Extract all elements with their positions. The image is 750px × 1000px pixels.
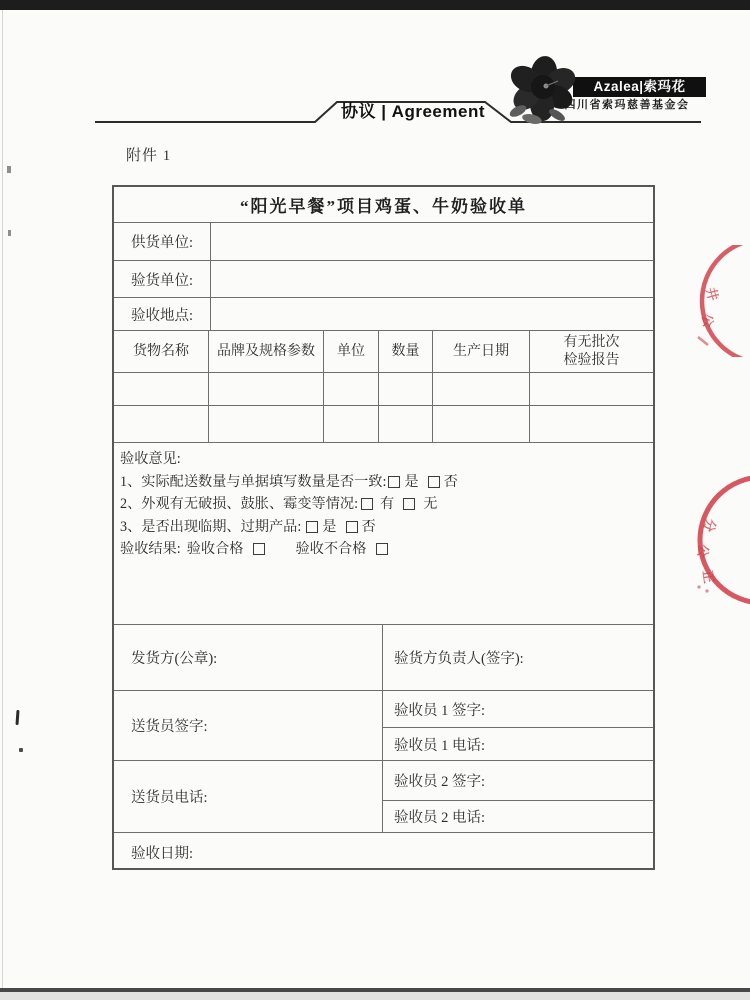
checkbox-q3-no bbox=[346, 521, 358, 533]
agreement-banner-title: 协议 | Agreement bbox=[333, 101, 493, 123]
q1-text: 1、实际配送数量与单据填写数量是否一致: bbox=[120, 474, 386, 490]
supplier-value-field bbox=[210, 223, 653, 260]
checkbox-q3-yes bbox=[306, 521, 318, 533]
goods-header-row: 货物名称 品牌及规格参数 单位 数量 生产日期 有无批次 检验报告 bbox=[114, 330, 653, 372]
form-title: “阳光早餐”项目鸡蛋、牛奶验收单 bbox=[240, 192, 527, 217]
pen-mark bbox=[15, 710, 19, 725]
scan-speck bbox=[7, 166, 11, 173]
inspecting-unit-value-field bbox=[210, 261, 653, 297]
goods-cell bbox=[208, 373, 323, 405]
seal-dot bbox=[705, 589, 708, 592]
acceptor2-cells: 验收员 2 签字: 验收员 2 电话: bbox=[382, 761, 653, 832]
checkbox-q1-no bbox=[428, 476, 440, 488]
logo-brand-banner: Azalea|索玛花 bbox=[573, 77, 706, 97]
acceptor1-cells: 验收员 1 签字: 验收员 1 电话: bbox=[382, 691, 653, 760]
signature-row-shipper: 发货方(公章): 验货方负责人(签字): bbox=[114, 624, 653, 690]
goods-cell bbox=[432, 373, 529, 405]
acceptance-date-row: 验收日期: bbox=[114, 832, 653, 872]
acceptor2-phone-label: 验收员 2 电话: bbox=[383, 800, 653, 832]
scan-speck bbox=[8, 230, 11, 236]
goods-empty-row-2 bbox=[114, 405, 653, 442]
checkbox-q2-yes bbox=[361, 498, 373, 510]
info-row-acceptance-place: 验收地点: bbox=[114, 297, 653, 330]
goods-cell bbox=[378, 373, 432, 405]
q2-no-label: 无 bbox=[423, 496, 437, 512]
result-fail-label: 验收不合格 bbox=[295, 541, 366, 557]
checkbox-q1-yes bbox=[388, 476, 400, 488]
opinion-question-2: 2、外观有无破损、鼓胀、霉变等情况:有无 bbox=[120, 493, 647, 516]
result-pass-label: 验收合格 bbox=[187, 541, 244, 557]
inspecting-unit-label: 验货单位: bbox=[114, 261, 210, 297]
q3-text: 3、是否出现临期、过期产品: bbox=[120, 519, 301, 535]
attachment-label: 附件 1 bbox=[126, 144, 171, 165]
courier-phone-label: 送货员电话: bbox=[114, 761, 382, 832]
azalea-flower-icon bbox=[502, 53, 586, 127]
seal-dot bbox=[697, 585, 700, 588]
goods-cell bbox=[208, 406, 323, 442]
seal-character: 公 bbox=[699, 313, 716, 329]
pen-mark-dot bbox=[19, 748, 23, 752]
acceptance-opinion-cell: 验收意见: 1、实际配送数量与单据填写数量是否一致:是否 2、外观有无破损、鼓胀… bbox=[114, 443, 653, 624]
acceptance-place-value-field bbox=[210, 298, 653, 330]
acceptor1-phone-label: 验收员 1 电话: bbox=[383, 727, 653, 760]
goods-cell bbox=[114, 373, 208, 405]
goods-cell bbox=[529, 406, 653, 442]
opinion-question-1: 1、实际配送数量与单据填写数量是否一致:是否 bbox=[120, 471, 647, 494]
q3-no-label: 否 bbox=[362, 519, 376, 535]
inspector-lead-sign-label: 验货方负责人(签字): bbox=[382, 625, 653, 690]
goods-cell bbox=[114, 406, 208, 442]
result-label: 验收结果: bbox=[120, 541, 181, 557]
scanned-page: 协议 | Agreement Azalea|索玛花 四川省索玛慈善基金会 附件 … bbox=[0, 0, 750, 1000]
seal-character: 正 bbox=[700, 569, 717, 584]
supplier-label: 供货单位: bbox=[114, 223, 210, 260]
acceptance-date-label: 验收日期: bbox=[114, 833, 653, 872]
goods-header-quantity: 数量 bbox=[378, 331, 432, 372]
info-row-inspecting-unit: 验货单位: bbox=[114, 260, 653, 297]
seal-arc bbox=[700, 477, 750, 603]
seal-character: 公 bbox=[695, 544, 711, 559]
goods-header-unit: 单位 bbox=[323, 331, 378, 372]
goods-cell bbox=[378, 406, 432, 442]
red-seal-partial-1: 井 公 bbox=[692, 245, 750, 357]
shipper-seal-label: 发货方(公章): bbox=[114, 625, 382, 690]
courier-sign-label: 送货员签字: bbox=[114, 691, 382, 760]
goods-header-batch-report: 有无批次 检验报告 bbox=[529, 331, 653, 372]
goods-header-name: 货物名称 bbox=[114, 331, 208, 372]
goods-cell bbox=[323, 373, 378, 405]
acceptor1-sign-label: 验收员 1 签字: bbox=[383, 691, 653, 727]
scan-bottom-margin bbox=[0, 992, 750, 1000]
q2-yes-label: 有 bbox=[380, 496, 394, 512]
checkbox-result-pass bbox=[253, 543, 265, 555]
form-title-row: “阳光早餐”项目鸡蛋、牛奶验收单 bbox=[114, 187, 653, 222]
acceptance-opinion-row: 验收意见: 1、实际配送数量与单据填写数量是否一致:是否 2、外观有无破损、鼓胀… bbox=[114, 442, 653, 624]
acceptor2-sign-label: 验收员 2 签字: bbox=[383, 761, 653, 800]
acceptance-form-table: “阳光早餐”项目鸡蛋、牛奶验收单 供货单位: 验货单位: 验收地点: 货物名称 … bbox=[112, 185, 655, 870]
signature-row-courier-phone: 送货员电话: 验收员 2 签字: 验收员 2 电话: bbox=[114, 760, 653, 832]
goods-cell bbox=[529, 373, 653, 405]
goods-header-brand-spec: 品牌及规格参数 bbox=[208, 331, 323, 372]
goods-cell bbox=[432, 406, 529, 442]
opinion-heading: 验收意见: bbox=[120, 448, 647, 471]
opinion-question-3: 3、是否出现临期、过期产品:是否 bbox=[120, 516, 647, 539]
acceptance-result-line: 验收结果:验收合格验收不合格 bbox=[120, 538, 647, 561]
q1-no-label: 否 bbox=[444, 474, 458, 490]
acceptance-place-label: 验收地点: bbox=[114, 298, 210, 330]
checkbox-result-fail bbox=[376, 543, 388, 555]
q2-text: 2、外观有无破损、鼓胀、霉变等情况: bbox=[120, 496, 358, 512]
goods-empty-row-1 bbox=[114, 372, 653, 405]
signature-row-courier-sign: 送货员签字: 验收员 1 签字: 验收员 1 电话: bbox=[114, 690, 653, 760]
seal-character: 井 bbox=[703, 286, 721, 302]
q1-yes-label: 是 bbox=[404, 474, 418, 490]
info-row-supplier: 供货单位: bbox=[114, 222, 653, 260]
goods-cell bbox=[323, 406, 378, 442]
goods-header-production-date: 生产日期 bbox=[432, 331, 529, 372]
checkbox-q2-no bbox=[403, 498, 415, 510]
seal-stroke bbox=[698, 337, 708, 345]
red-seal-partial-2: 分 公 正 bbox=[683, 472, 750, 610]
q3-yes-label: 是 bbox=[322, 519, 336, 535]
scan-left-edge bbox=[2, 10, 3, 988]
scan-top-edge bbox=[0, 0, 750, 10]
